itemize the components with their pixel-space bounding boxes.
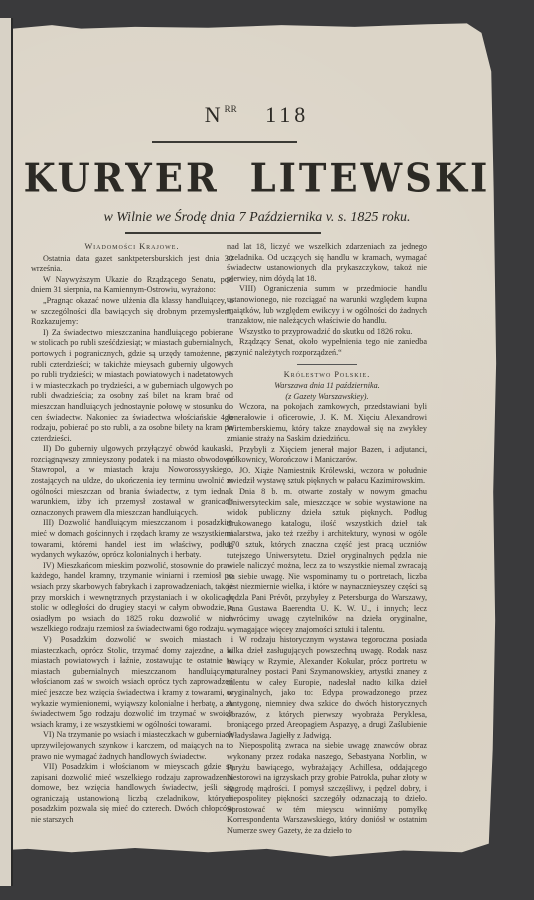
paragraph: JO. Xiąże Namiestnik Królewski, wczora w… [227,466,427,487]
section-divider [297,364,357,365]
dateline: w Wilnie we Środę dnia 7 Października v.… [13,210,501,226]
paragraph: Rządzący Senat, około wypełnienia tego n… [227,337,427,358]
paragraph: V) Posadzkim dozwolić w swoich miastach … [31,635,233,730]
paragraph: nad lat 18, liczyć we wszelkich zdarzeni… [227,242,427,284]
paragraph: Przybyli z Xięciem jenerał major Bazen, … [227,445,427,466]
paragraph: „Pragnąc okazać nowe ulżenia dla klassy … [31,296,233,328]
paragraph: Niepospolitą zwraca na siebie uwagę znaw… [227,741,427,836]
adjacent-page-edge [0,18,13,886]
paragraph: III) Dozwolić handluiącym mieszczanom i … [31,518,233,560]
paragraph: Dnia 8 b. m. otwarte zostały w nowym gma… [227,487,427,635]
issue-prefix: N [205,102,225,127]
issue-number-value: 118 [265,102,309,127]
paragraph: W Naywyższym Ukazie do Rządzącego Senatu… [31,275,233,296]
paragraph: VI) Na trzymanie po wsiach i miasteczkac… [31,730,233,762]
paragraph: VIII) Ograniczenia summ w przedmiocie ha… [227,284,427,326]
paragraph: Wszystko to przyprowadzić do skutku od 1… [227,327,427,338]
issue-suffix: RR [225,104,237,114]
section-subheading: Warszawa dnia 11 października. [227,381,427,392]
paragraph: I) Za świadectwo mieszczanina handluiące… [31,328,233,445]
paragraph: W rodzaju historycznym wystawa tegoroczn… [227,635,427,741]
section-heading-kingdom: Królestwo Polskie. [227,370,427,381]
paragraph: IV) Mieszkańcom mieskim pozwolić, stosow… [31,561,233,635]
newspaper-title: KURYER LITEWSKI [13,155,501,201]
masthead-rule-top [152,141,297,143]
paragraph: II) Do guberniy ulgowych przyłączyć obwó… [31,444,233,518]
masthead-rule-bottom [125,232,321,234]
section-source: (z Gazety Warszawskiey). [227,392,427,403]
paragraph: Wczora, na pokojach zamkowych, przedstaw… [227,402,427,444]
paragraph: VII) Posadzkim i włościanom w mieyscach … [31,762,233,826]
issue-number: NRR 118 [13,102,501,128]
section-heading-domestic: Wiadomości Krajowe. [31,242,233,253]
column-right: nad lat 18, liczyć we wszelkich zdarzeni… [227,242,427,837]
paragraph: Ostatnia data gazet sanktpetersburskich … [31,254,233,275]
newspaper-page: NRR 118 KURYER LITEWSKI w Wilnie we Środ… [13,20,501,878]
column-left: Wiadomości Krajowe. Ostatnia data gazet … [31,242,233,826]
